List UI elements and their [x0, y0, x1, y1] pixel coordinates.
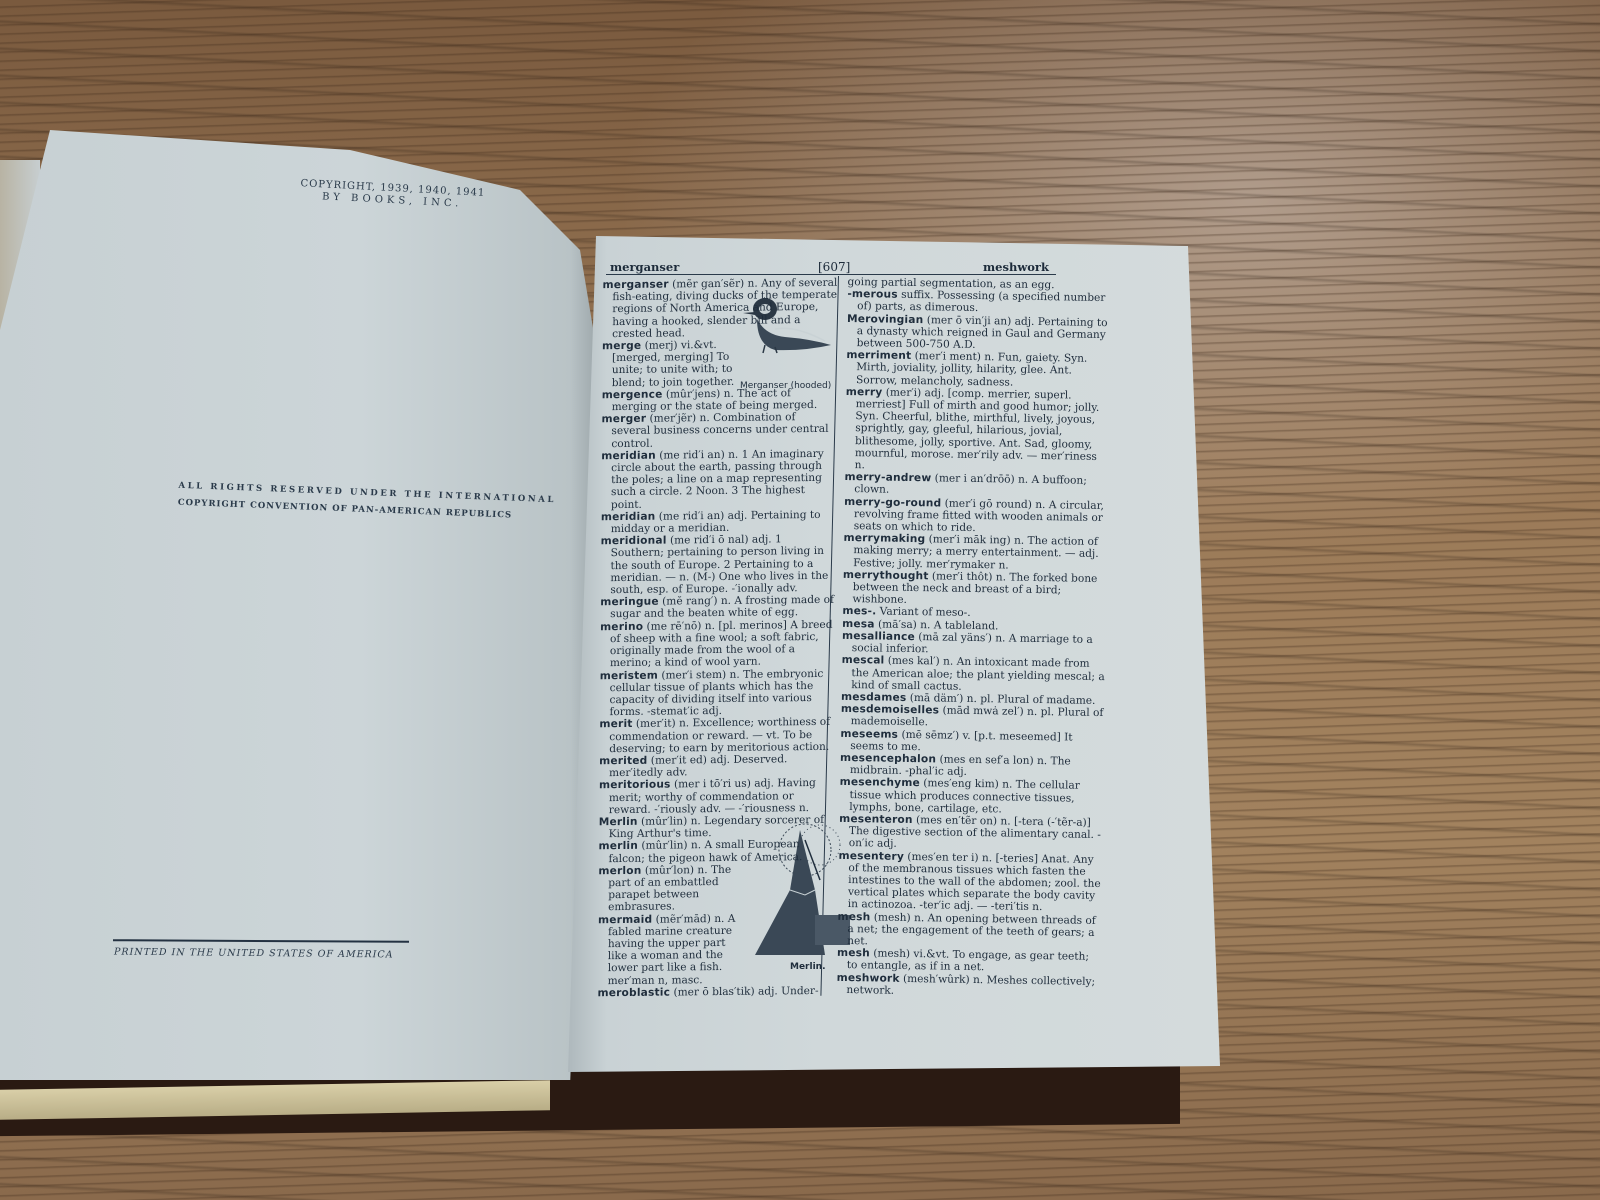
headword: merlin: [599, 840, 639, 852]
entry-merrymaking: merrymaking (mer′i māk ing) n. The actio…: [843, 532, 1109, 573]
headword: merger: [601, 413, 646, 425]
headword: merry: [846, 386, 883, 399]
entry-merge: merge (merj) vi.&vt. [merged, merging] T…: [602, 339, 747, 389]
headword: mesh: [838, 910, 871, 923]
headword: mesalliance: [842, 630, 915, 643]
definition: (mesh) vi.&vt. To engage, as gear teeth;…: [847, 948, 1089, 974]
left-page: [0, 130, 600, 1080]
headword: meshwork: [837, 971, 900, 984]
headword: meristem: [600, 669, 658, 682]
guide-word-right: meshwork: [983, 260, 1049, 274]
headword: meroblastic: [597, 986, 670, 999]
entry-mesentery: mesentery (mes′en ter i) n. [-teries] An…: [838, 849, 1104, 914]
headword: merriment: [846, 349, 911, 362]
headword: meridian: [601, 449, 656, 462]
headword: mescal: [842, 654, 885, 667]
entry-meshwork: meshwork (mesh′wûrk) n. Meshes collectiv…: [836, 971, 1101, 1000]
dictionary-column-right: going partial segmentation, as an egg. -…: [836, 276, 1112, 1000]
entry-merino: merino (me rē′nō) n. [pl. merinos] A bre…: [600, 618, 835, 669]
entry-meridian-adj: meridian (me rid′i an) adj. Pertaining t…: [601, 509, 836, 536]
headword: mesenteron: [839, 813, 913, 826]
entry-Merlin: Merlin (mûr′lin) n. Legendary sorcerer o…: [599, 814, 834, 841]
definition: (mer′i) adj. [comp. merrier, superl. mer…: [855, 386, 1100, 471]
entry-merriment: merriment (mer′i ment) n. Fun, gaiety. S…: [846, 349, 1112, 390]
headword: merrythought: [843, 569, 929, 582]
definition: (mûr′lin) n. A small European falcon; th…: [608, 838, 802, 864]
entry-merry-go-round: merry-go-round (mer′i gō round) n. A cir…: [844, 496, 1110, 537]
entry-mermaid: mermaid (mẽr′mād) n. A fabled marine cre…: [598, 912, 739, 987]
headword: mes-.: [842, 605, 876, 618]
dictionary-column-left: merganser (mẽr gan′sẽr) n. Any of severa…: [597, 277, 837, 1000]
headword: Merovingian: [847, 313, 924, 326]
entry-mescal: mescal (mes kal′) n. An intoxicant made …: [841, 654, 1107, 695]
headword: Merlin: [599, 816, 638, 828]
headword: mesh: [837, 947, 870, 960]
headword: meridian: [601, 511, 656, 524]
entry-meringue: meringue (mĕ rang′) n. A frosting made o…: [600, 594, 835, 621]
entry-merit: merit (mer′it) n. Excellence; worthiness…: [599, 716, 834, 755]
entry-merrythought: merrythought (mer′i thôt) n. The forked …: [842, 569, 1108, 610]
entry-merger: merger (mer′jẽr) n. Combination of sever…: [601, 411, 836, 450]
entry-merlon: merlon (mûr′lon) n. The part of an embat…: [598, 864, 738, 914]
entry-meridian-n: meridian (me rid′i an) n. 1 An imaginary…: [601, 448, 836, 511]
header-rule: [606, 274, 1056, 275]
entry-merovingian: Merovingian (mer ō vin′ji an) adj. Perta…: [847, 313, 1113, 354]
entry-meritorious: meritorious (mer i tō′ri us) adj. Having…: [599, 777, 834, 816]
entry-mesenteron: mesenteron (mes en′tẽr on) n. [-tera (-′…: [839, 813, 1105, 854]
entry-meristem: meristem (mer′i stem) n. The embryonic c…: [599, 667, 834, 718]
headword: merganser: [602, 278, 668, 291]
headword: merit: [599, 718, 632, 730]
entry-mergence: mergence (mûr′jens) n. The act of mergin…: [602, 387, 837, 414]
headword: -merous: [847, 288, 898, 301]
headword: mesentery: [838, 849, 904, 862]
headword: merge: [602, 340, 641, 352]
definition: (me rē′nō) n. [pl. merinos] A breed of s…: [610, 618, 833, 669]
headword: mesa: [842, 618, 875, 631]
headword: merited: [599, 755, 647, 768]
headword: meritorious: [599, 779, 671, 792]
headword: merrymaking: [843, 532, 925, 545]
entry-meroblastic: meroblastic (mer ō blas′tik) adj. Under-: [597, 985, 832, 1000]
entry-merry: merry (mer′i) adj. [comp. merrier, super…: [845, 386, 1111, 476]
definition: (mûr′lin) n. Legendary sorcerer of King …: [609, 814, 824, 840]
headword: merry-andrew: [844, 471, 931, 484]
headword: meridional: [601, 535, 667, 548]
definition: (mer ō blas′tik) adj. Under-: [670, 985, 819, 999]
headword: mermaid: [598, 913, 652, 926]
headword: meringue: [600, 596, 659, 609]
headword: meseems: [840, 727, 898, 740]
guide-word-left: merganser: [610, 260, 679, 274]
headword: mergence: [602, 388, 663, 401]
definition: (mesh) n. An opening between threads of …: [847, 911, 1096, 947]
headword: merino: [600, 620, 643, 632]
entry-mesenchyme: mesenchyme (mes′eng kim) n. The cellular…: [839, 776, 1105, 817]
entry-merlin: merlin (mûr′lin) n. A small European fal…: [598, 838, 833, 865]
entry-mesh-n: mesh (mesh) n. An opening between thread…: [837, 910, 1103, 951]
definition: (mes kal′) n. An intoxicant made from th…: [851, 655, 1105, 693]
entry-merited: merited (mer′it ed) adj. Deserved. mer′i…: [599, 753, 834, 780]
headword: merlon: [598, 865, 641, 877]
entry-merganser: merganser (mẽr gan′sẽr) n. Any of severa…: [602, 277, 837, 340]
headword: mesenchyme: [840, 776, 920, 789]
entry-meridional: meridional (me rid′i ō nal) adj. 1 South…: [600, 533, 835, 596]
page-number: [607]: [818, 260, 850, 274]
headword: mesdames: [841, 691, 907, 704]
definition: (mer′it) n. Excellence; worthiness of co…: [609, 716, 830, 755]
